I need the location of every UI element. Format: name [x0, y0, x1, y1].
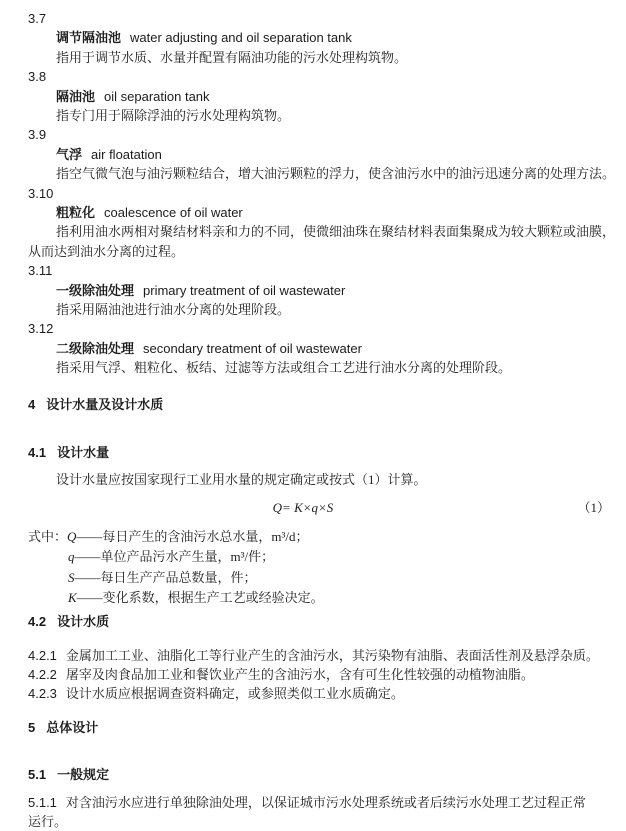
term-cn: 调节隔油池 — [56, 30, 121, 45]
section-number: 5 — [28, 720, 35, 735]
term-en: secondary treatment of oil wastewater — [143, 341, 362, 356]
formula-where-list: 式中：Q——每日产生的含油污水总水量，m³/d； q——单位产品污水产生量，m³… — [28, 527, 626, 608]
where-variable: K — [68, 590, 77, 605]
where-item: S——每日生产产品总数量，件； — [68, 568, 626, 588]
clause-text: 对含油污水应进行单独除油处理，以保证城市污水处理系统或者后续污水处理工艺过程正常… — [28, 795, 586, 829]
formula-expression: Q= K×q×S — [273, 500, 334, 515]
subsection-number: 5.1 — [28, 767, 46, 782]
equation-number: （1） — [577, 498, 610, 517]
document-page: 3.7 调节隔油池water adjusting and oil separat… — [0, 0, 626, 831]
where-item: K——变化系数，根据生产工艺或经验决定。 — [68, 588, 626, 608]
term-number: 3.9 — [28, 125, 626, 144]
section-heading: 4设计水量及设计水质 — [28, 395, 626, 414]
subsection-number: 4.2 — [28, 614, 46, 629]
where-description: ——变化系数，根据生产工艺或经验决定。 — [77, 590, 324, 605]
section-title: 总体设计 — [46, 720, 98, 735]
subsection-heading: 5.1一般规定 — [28, 765, 626, 784]
clause: 4.2.2屠宰及肉食品加工业和餐饮业产生的含油污水，含有可生化性较强的动植物油脂… — [28, 665, 626, 684]
term-line: 隔油池oil separation tank — [28, 87, 626, 106]
term-definition: 指利用油水两相对聚结材料亲和力的不同，使微细油珠在聚结材料表面集聚成为较大颗粒或… — [28, 222, 622, 261]
subsection-title: 设计水质 — [57, 614, 109, 629]
where-description: ——单位产品污水产生量，m³/件； — [75, 549, 275, 564]
term-en: coalescence of oil water — [104, 205, 243, 220]
subsection-heading: 4.2设计水质 — [28, 612, 626, 631]
where-description: ——每日产生的含油污水总水量，m³/d； — [76, 529, 308, 544]
section-title: 设计水量及设计水质 — [46, 397, 163, 412]
term-definition: 指专门用于隔除浮油的污水处理构筑物。 — [28, 106, 626, 125]
term-cn: 粗粒化 — [56, 205, 95, 220]
term-line: 调节隔油池water adjusting and oil separation … — [28, 28, 626, 47]
term-line: 粗粒化coalescence of oil water — [28, 203, 626, 222]
term-en: oil separation tank — [104, 89, 210, 104]
paragraph: 设计水量应按国家现行工业用水量的规定确定或按式（1）计算。 — [28, 470, 626, 489]
term-en: primary treatment of oil wastewater — [143, 283, 345, 298]
term-line: 一级除油处理primary treatment of oil wastewate… — [28, 281, 626, 300]
term-definition: 指用于调节水质、水量并配置有隔油功能的污水处理构筑物。 — [28, 48, 626, 67]
clause: 5.1.1对含油污水应进行单独除油处理，以保证城市污水处理系统或者后续污水处理工… — [28, 793, 594, 831]
clause-text: 设计水质应根据调查资料确定，或参照类似工业水质确定。 — [66, 686, 404, 701]
clause-number: 4.2.3 — [28, 686, 57, 701]
where-variable: Q — [67, 529, 76, 544]
formula-line: Q= K×q×S （1） — [28, 498, 626, 517]
where-item: q——单位产品污水产生量，m³/件； — [68, 547, 626, 567]
clause-number: 4.2.1 — [28, 648, 57, 663]
term-en: water adjusting and oil separation tank — [130, 30, 352, 45]
clause: 4.2.3设计水质应根据调查资料确定，或参照类似工业水质确定。 — [28, 684, 626, 703]
clause: 4.2.1金属加工工业、油脂化工等行业产生的含油污水，其污染物有油脂、表面活性剂… — [28, 646, 626, 665]
subsection-title: 设计水量 — [57, 445, 109, 460]
term-definition: 指采用气浮、粗粒化、板结、过滤等方法或组合工艺进行油水分离的处理阶段。 — [28, 358, 626, 377]
where-description: ——每日生产产品总数量，件； — [75, 570, 257, 585]
term-line: 二级除油处理secondary treatment of oil wastewa… — [28, 339, 626, 358]
clause-text: 金属加工工业、油脂化工等行业产生的含油污水，其污染物有油脂、表面活性剂及悬浮杂质… — [66, 648, 599, 663]
where-item: 式中：Q——每日产生的含油污水总水量，m³/d； — [28, 527, 626, 547]
subsection-number: 4.1 — [28, 445, 46, 460]
subsection-heading: 4.1设计水量 — [28, 443, 626, 462]
term-line: 气浮air floatation — [28, 145, 626, 164]
clause-number: 5.1.1 — [28, 795, 57, 810]
term-definition: 指采用隔油池进行油水分离的处理阶段。 — [28, 300, 626, 319]
term-cn: 二级除油处理 — [56, 341, 134, 356]
section-heading: 5总体设计 — [28, 718, 626, 737]
term-en: air floatation — [91, 147, 162, 162]
term-number: 3.10 — [28, 184, 626, 203]
term-cn: 气浮 — [56, 147, 82, 162]
term-cn: 一级除油处理 — [56, 283, 134, 298]
term-number: 3.11 — [28, 261, 626, 280]
term-definition: 指空气微气泡与油污颗粒结合，增大油污颗粒的浮力，使含油污水中的油污迅速分离的处理… — [28, 164, 626, 183]
term-number: 3.12 — [28, 319, 626, 338]
clause-number: 4.2.2 — [28, 667, 57, 682]
subsection-title: 一般规定 — [57, 767, 109, 782]
clause-text: 屠宰及肉食品加工业和餐饮业产生的含油污水，含有可生化性较强的动植物油脂。 — [66, 667, 534, 682]
term-number: 3.8 — [28, 67, 626, 86]
term-number: 3.7 — [28, 9, 626, 28]
section-number: 4 — [28, 397, 35, 412]
where-prefix: 式中： — [28, 529, 67, 544]
term-cn: 隔油池 — [56, 89, 95, 104]
